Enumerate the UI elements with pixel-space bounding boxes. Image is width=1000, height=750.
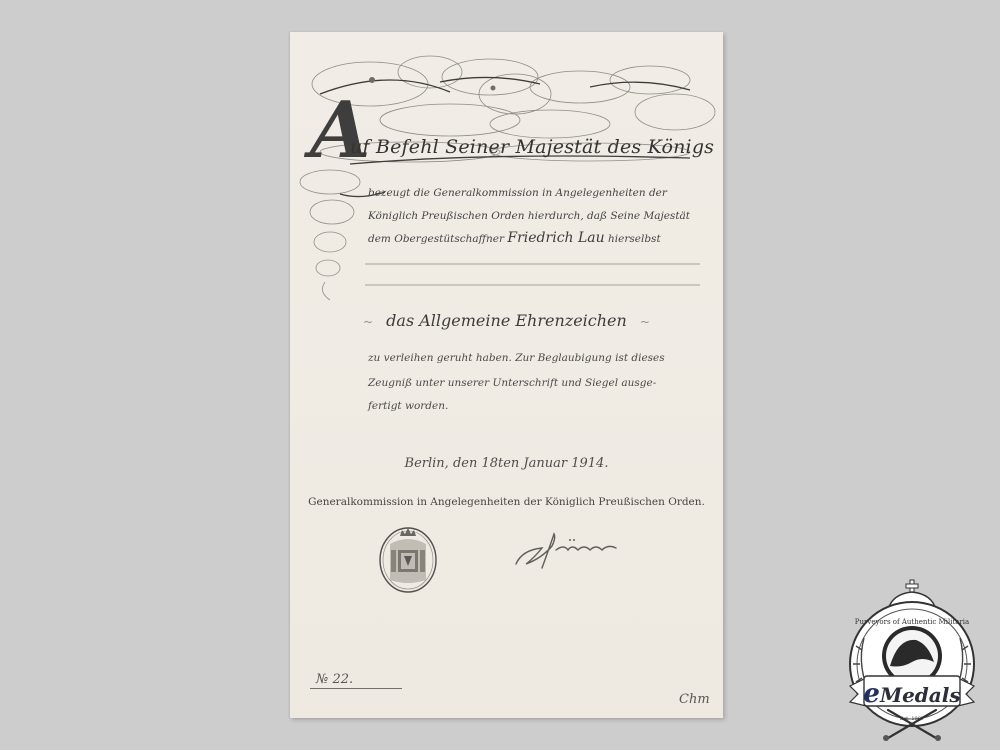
established-text: Est. 1997 (900, 716, 924, 722)
brand-wordmark: eMedals (842, 679, 982, 709)
emedals-badge-icon: Est. 1997 Purveyors of Authentic Militar… (842, 578, 982, 743)
brand-rest: Medals (880, 683, 961, 707)
place-and-date: Berlin, den 18ten Januar 1914. (290, 456, 723, 471)
closing-line-2: Zeugniß unter unserer Unterschrift und S… (368, 377, 656, 389)
heading-initial-letter: A (310, 92, 371, 170)
closing-line-1: zu verleihen geruht haben. Zur Beglaubig… (368, 352, 665, 364)
number-value: 22. (332, 672, 353, 687)
body-line-2: Königlich Preußischen Orden hierdurch, d… (368, 210, 690, 222)
award-title: ~ das Allgemeine Ehrenzeichen ~ (290, 311, 723, 330)
tagline-text: Purveyors of Authentic Militaria (855, 618, 969, 626)
number-label: № (316, 672, 328, 687)
official-signature (512, 530, 632, 570)
award-name: Allgemeine Ehrenzeichen (419, 311, 627, 330)
recipient-line: dem Obergestüt­schaffner Friedrich Lau h… (368, 230, 661, 246)
body-line-1: bezeugt die Generalkommission in Angeleg… (368, 187, 667, 199)
certificate-document: A uf Befehl Seiner Majestät des Königs b… (290, 32, 723, 718)
recipient-suffix: hierselbst (608, 233, 661, 245)
emedals-watermark-logo: Est. 1997 Purveyors of Authentic Militar… (842, 578, 982, 743)
coat-of-arms-seal-icon (376, 522, 440, 594)
certificate-heading: uf Befehl Seiner Majestät des Königs (350, 136, 714, 158)
ornament-left: ~ (363, 315, 373, 329)
clerk-initials: Chm (679, 692, 710, 707)
brand-e: e (863, 679, 880, 709)
ornament-right: ~ (640, 315, 650, 329)
award-prefix: das (386, 311, 414, 330)
recipient-prefix: dem Obergestüt­schaffner (368, 233, 504, 245)
certificate-number: № 22. (310, 672, 402, 689)
recipient-name: Friedrich Lau (507, 230, 604, 246)
closing-line-3: fertigt worden. (368, 400, 448, 412)
issuing-authority: Generalkommission in Angelegenheiten der… (290, 496, 723, 508)
